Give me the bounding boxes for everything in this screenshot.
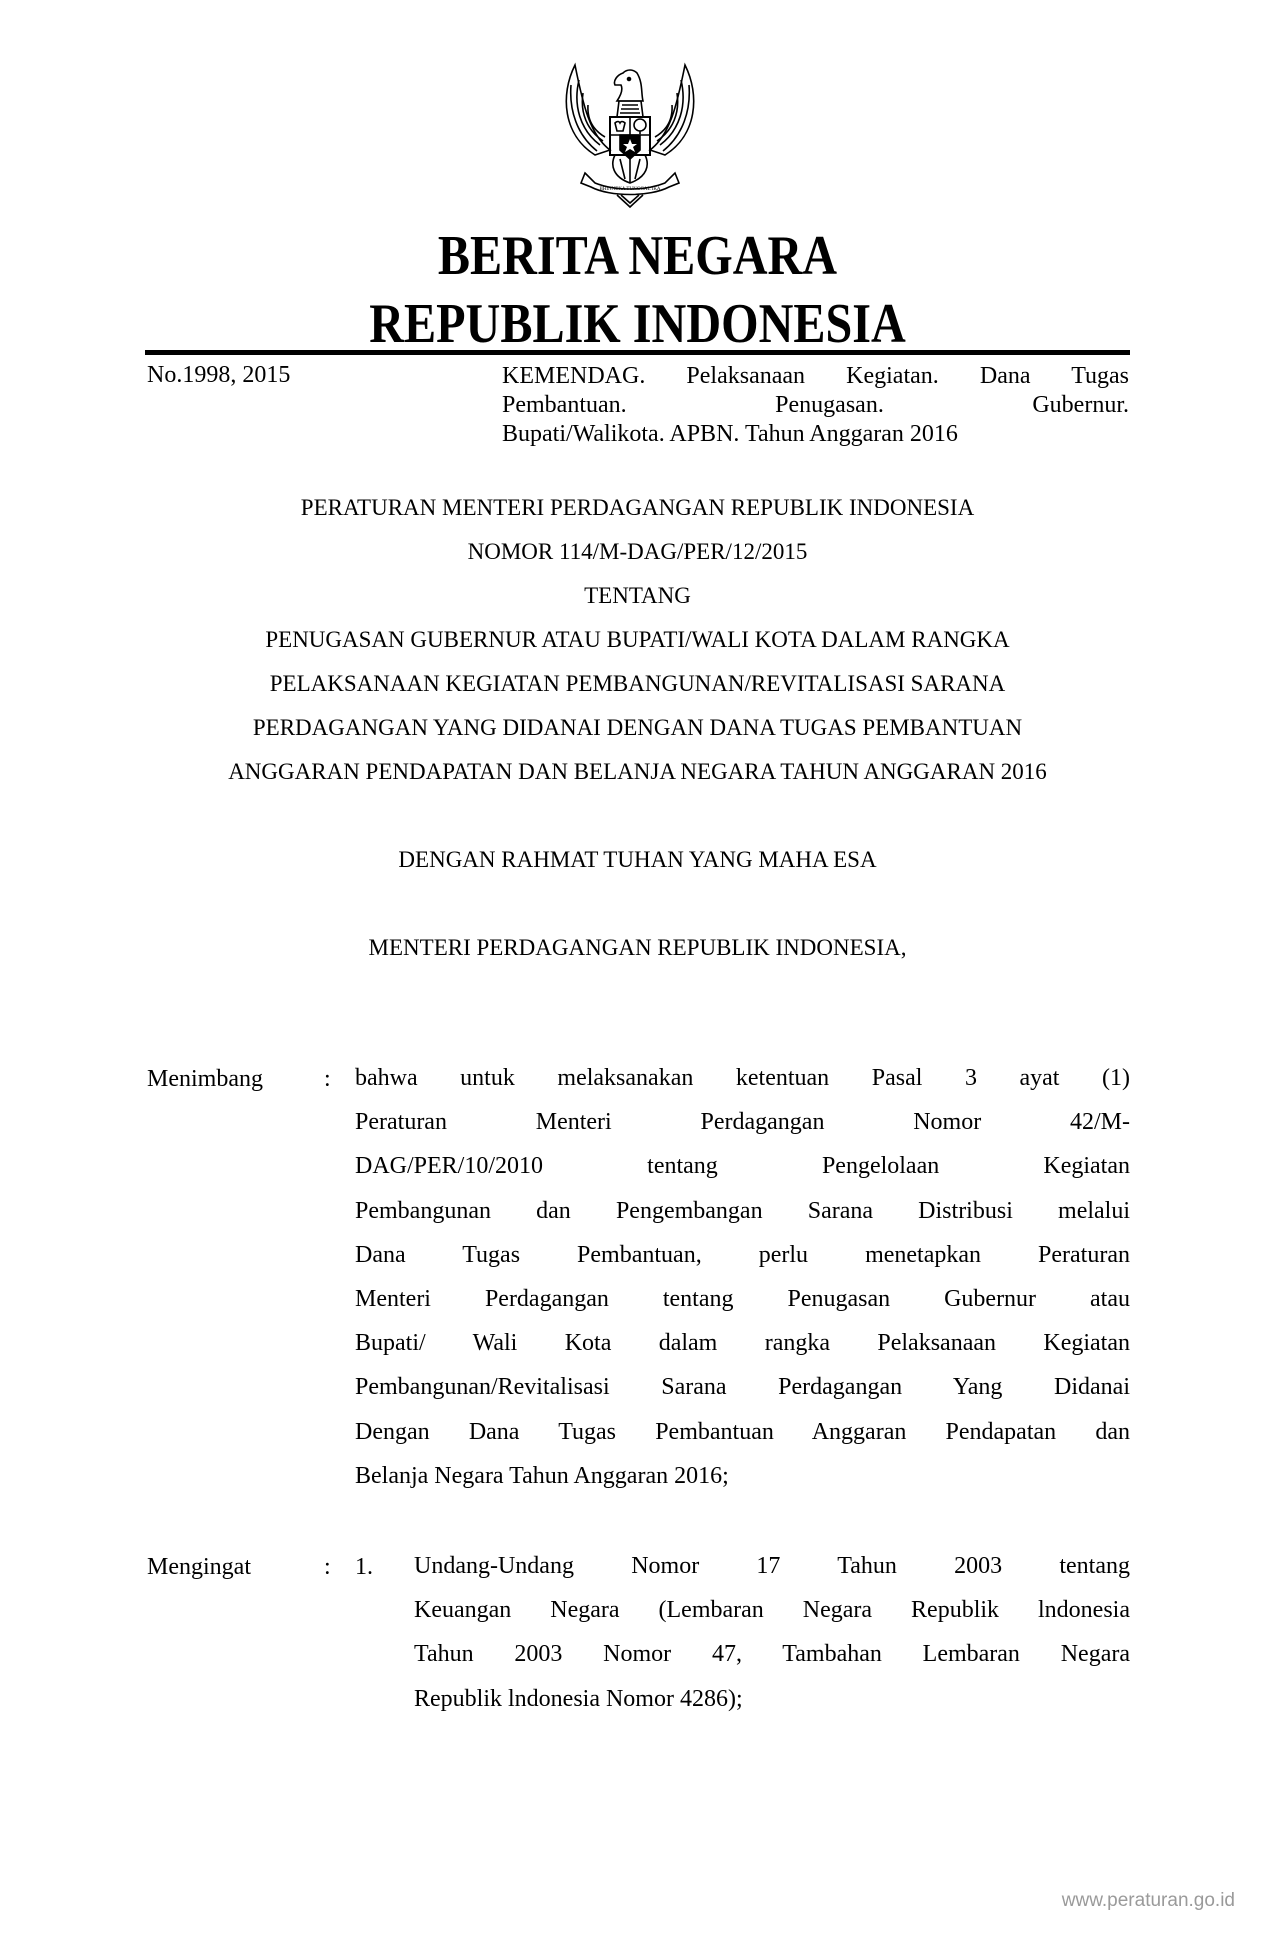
menimbang-line: DAG/PER/10/2010 tentang Pengelolaan Kegi…: [355, 1144, 1130, 1188]
gazette-number: No.1998, 2015: [147, 362, 290, 389]
regulation-subject-line: PENUGASAN GUBERNUR ATAU BUPATI/WALI KOTA…: [145, 627, 1130, 653]
mengingat-line: Undang-Undang Nomor 17 Tahun 2003 tentan…: [414, 1544, 1130, 1588]
masthead-line-2: REPUBLIK INDONESIA: [214, 296, 1061, 352]
mengingat-item-text: Undang-Undang Nomor 17 Tahun 2003 tentan…: [414, 1544, 1130, 1721]
mengingat-item-number: 1.: [355, 1554, 373, 1581]
regulation-subject-line: PERDAGANGAN YANG DIDANAI DENGAN DANA TUG…: [145, 715, 1130, 741]
gazette-subject: KEMENDAG. Pelaksanaan Kegiatan. Dana Tug…: [502, 362, 1129, 449]
issuer: MENTERI PERDAGANGAN REPUBLIK INDONESIA,: [145, 935, 1130, 961]
gazette-subject-line: Pembantuan. Penugasan. Gubernur.: [502, 391, 1129, 420]
menimbang-line: bahwa untuk melaksanakan ketentuan Pasal…: [355, 1056, 1130, 1100]
menimbang-line: Peraturan Menteri Perdagangan Nomor 42/M…: [355, 1100, 1130, 1144]
mengingat-colon: :: [324, 1554, 331, 1581]
regulation-number: NOMOR 114/M-DAG/PER/12/2015: [145, 539, 1130, 565]
regulation-subject-line: PELAKSANAAN KEGIATAN PEMBANGUNAN/REVITAL…: [145, 671, 1130, 697]
menimbang-line: Pembangunan dan Pengembangan Sarana Dist…: [355, 1189, 1130, 1233]
menimbang-line: Dengan Dana Tugas Pembantuan Anggaran Pe…: [355, 1410, 1130, 1454]
masthead-line-1: BERITA NEGARA: [214, 228, 1061, 284]
regulation-subject-line: ANGGARAN PENDAPATAN DAN BELANJA NEGARA T…: [145, 759, 1130, 785]
menimbang-line: Pembangunan/Revitalisasi Sarana Perdagan…: [355, 1365, 1130, 1409]
menimbang-line: Bupati/ Wali Kota dalam rangka Pelaksana…: [355, 1321, 1130, 1365]
mengingat-label: Mengingat: [147, 1554, 251, 1581]
garuda-pancasila-emblem-icon: BHINNEKA TUNGGAL IKA: [555, 55, 705, 215]
masthead-divider: [145, 350, 1130, 355]
mengingat-line: Tahun 2003 Nomor 47, Tambahan Lembaran N…: [414, 1632, 1130, 1676]
mengingat-line: Keuangan Negara (Lembaran Negara Republi…: [414, 1588, 1130, 1632]
gazette-subject-line: Bupati/Walikota. APBN. Tahun Anggaran 20…: [502, 420, 1129, 449]
menimbang-colon: :: [324, 1066, 331, 1093]
svg-text:BHINNEKA TUNGGAL IKA: BHINNEKA TUNGGAL IKA: [599, 187, 660, 192]
menimbang-line: Menteri Perdagangan tentang Penugasan Gu…: [355, 1277, 1130, 1321]
regulation-about: TENTANG: [145, 583, 1130, 609]
menimbang-line: Belanja Negara Tahun Anggaran 2016;: [355, 1454, 1130, 1498]
menimbang-text: bahwa untuk melaksanakan ketentuan Pasal…: [355, 1056, 1130, 1498]
source-watermark: www.peraturan.go.id: [1062, 1890, 1235, 1912]
invocation: DENGAN RAHMAT TUHAN YANG MAHA ESA: [145, 847, 1130, 873]
mengingat-line: Republik lndonesia Nomor 4286);: [414, 1677, 1130, 1721]
regulation-title: PERATURAN MENTERI PERDAGANGAN REPUBLIK I…: [145, 495, 1130, 521]
menimbang-label: Menimbang: [147, 1066, 263, 1093]
menimbang-line: Dana Tugas Pembantuan, perlu menetapkan …: [355, 1233, 1130, 1277]
gazette-subject-line: KEMENDAG. Pelaksanaan Kegiatan. Dana Tug…: [502, 362, 1129, 391]
